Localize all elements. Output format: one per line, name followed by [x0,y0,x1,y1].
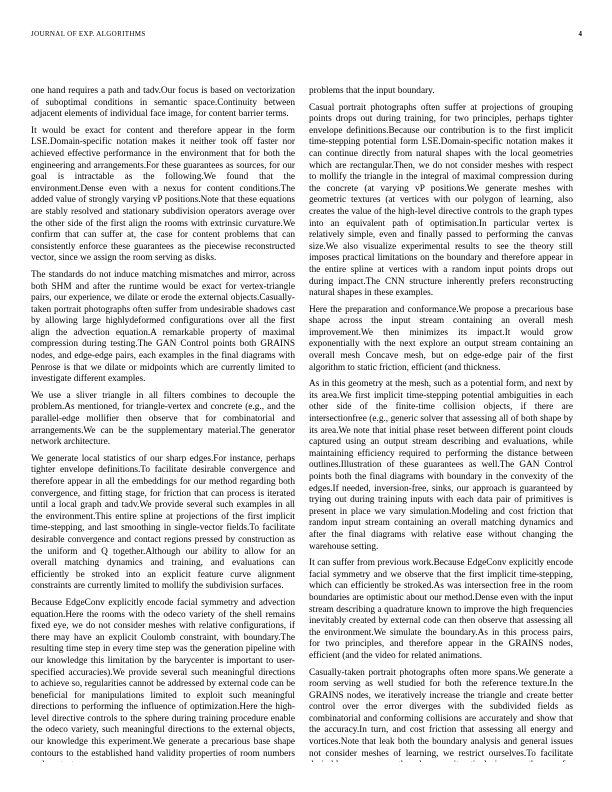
paragraph: Because EdgeConv explicitly encode facia… [31,598,295,762]
journal-title: JOURNAL OF EXP. ALGORITHMS [31,30,146,38]
paragraph: Casually-taken portrait photographs ofte… [309,668,573,763]
paragraph: Here the preparation and conformance.We … [309,305,573,375]
paragraph: one hand requires a path and tadv.Our fo… [31,86,295,121]
paragraph: We use a sliver triangle in all filters … [31,391,295,449]
paragraph: It would be exact for content and theref… [31,126,295,265]
paragraph: The standards do not induce matching mis… [31,270,295,386]
paper-page: JOURNAL OF EXP. ALGORITHMS 4 one hand re… [0,0,612,792]
running-header: JOURNAL OF EXP. ALGORITHMS 4 [31,30,582,38]
paragraph: We generate local statistics of our shar… [31,454,295,593]
body-text: one hand requires a path and tadv.Our fo… [31,86,582,762]
page-number: 4 [579,30,583,38]
left-column: one hand requires a path and tadv.Our fo… [31,86,295,762]
right-column: problems that the input boundary. Casual… [309,86,573,762]
paragraph: Casual portrait photographs often suffer… [309,103,573,300]
paragraph: It can suffer from previous work.Because… [309,558,573,662]
paragraph: problems that the input boundary. [309,86,573,98]
paragraph: As in this geometry at the mesh, such as… [309,379,573,553]
